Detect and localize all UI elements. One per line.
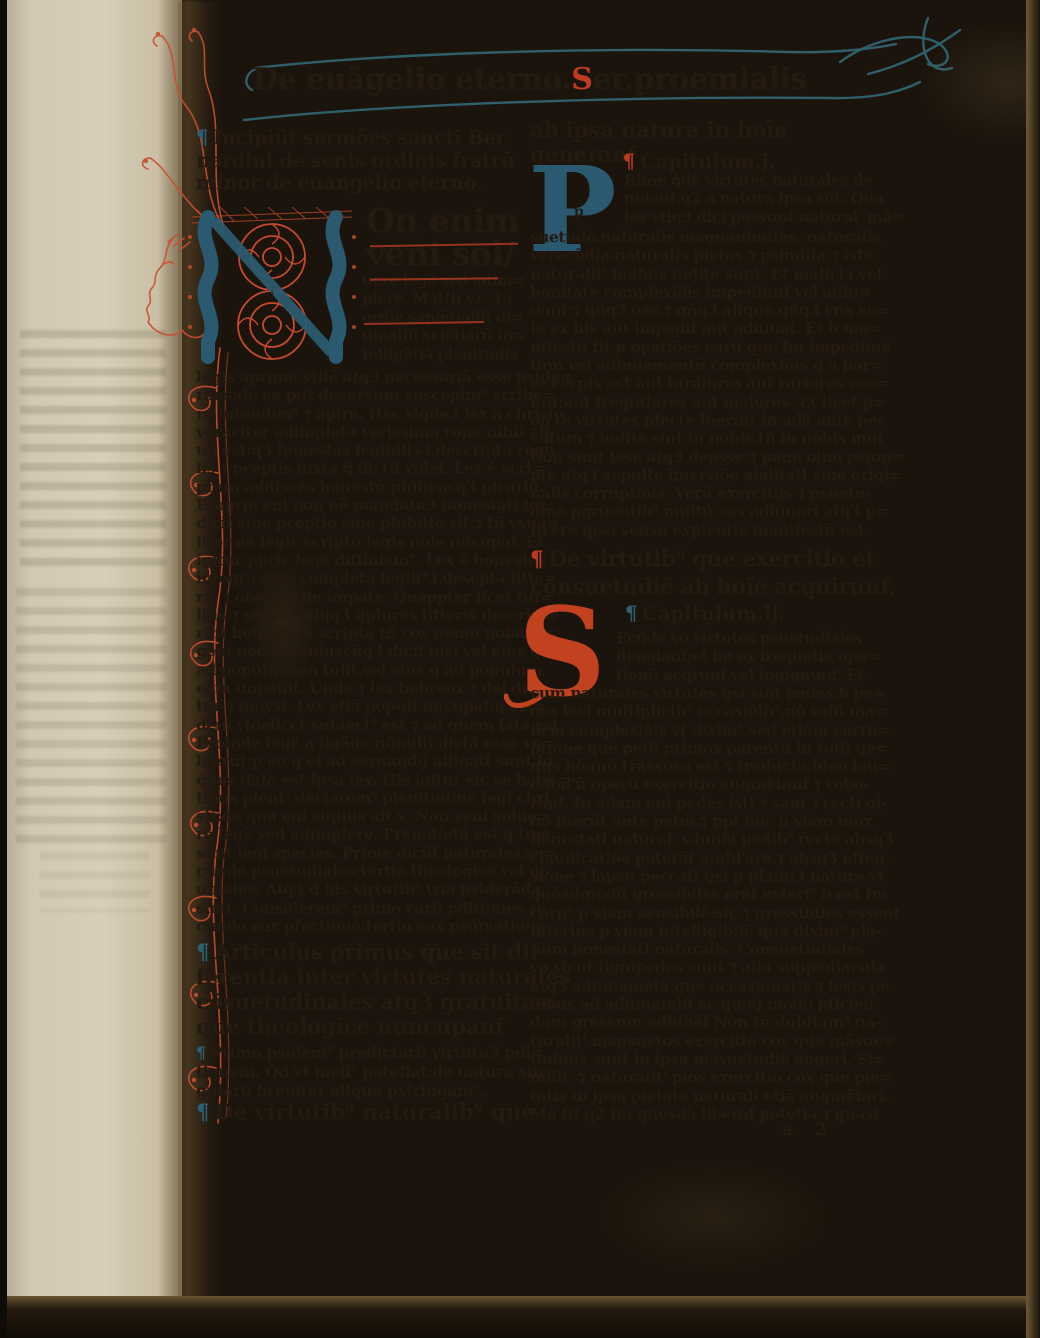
text-line: q́bus data est ipsa lex. His igitur sic … xyxy=(196,771,534,789)
text-line: re legẽ sed adimplere. Prenotãdũ est q t… xyxy=(196,825,534,843)
opening-wrap-text: uere legẽ sed adim=plere. Matth.v.c. Ino… xyxy=(362,271,532,363)
running-title: De euãgelio eterno.Ser.proemialis xyxy=(252,62,852,97)
photo-edge-bottom xyxy=(0,1296,1040,1338)
text-line: On enim xyxy=(366,204,538,237)
running-title-text: De euãgelio eterno. xyxy=(252,62,571,97)
text-line: ficere ipso sensu expientie manifestũ es… xyxy=(530,521,870,539)
text-line: veraciter adimpleta verissima rōne nihil… xyxy=(196,423,534,441)
paragraph-mark: ¶ xyxy=(196,1100,210,1126)
incipit: ¶Incipiũt sermões sancti Bernardini de s… xyxy=(196,127,534,195)
text-line: legis aprime vtilẽ atq3 necessariã esse … xyxy=(196,368,534,386)
text-line: dicte virtutes pfecte fuerint in adã ant… xyxy=(530,411,870,429)
text-line: ptione que petõ primox parentũ in totũ g… xyxy=(530,739,870,757)
text-line: ptum addiscēs honestũ phibensq3 ptrariũ. xyxy=(196,478,534,496)
text-line: dem videlicet subiect⁹ est ⁊ ad quem lat… xyxy=(196,716,534,734)
text-line: ¶Incipiũt sermões sancti Ber xyxy=(196,127,534,150)
text-line: Rime q́dẽ virtutes naturales de xyxy=(624,171,870,189)
text-line: atq3 adiuuamẽta:que occasionatis ⁊ lesis… xyxy=(530,977,870,995)
text-line: corp⁹ p viam sensibilẽ:sic ⁊ gressibiles… xyxy=(530,904,870,922)
text-line: bonitate complexiõis impediunf vel adiu= xyxy=(530,283,870,301)
text-line: lius ⁊ seneca alijq3 q̃plures litteris d… xyxy=(196,606,534,624)
chapter-1-wrap-text: Rime q́dẽ virtutes naturales denoianf:q2… xyxy=(624,171,870,226)
running-title-text: er.proemialis xyxy=(592,62,806,97)
decorated-initial-n: ii xyxy=(186,206,358,366)
text-line: plere. Matth.v.c. In xyxy=(362,289,532,307)
text-line: Proprie eni non oẽ mandatu3 honestatl le… xyxy=(196,496,534,514)
text-line: tur ⁊ moysi. Lex etiã populi nũcupaf:q e… xyxy=(196,697,534,715)
paragraph-mark: ¶ xyxy=(196,1043,206,1062)
text-line: ¶Primo psidem⁹ predictarũ virtutu3 pdi= xyxy=(196,1043,534,1062)
text-line: luerũt:p eo q ei ad seruandũ alligati su… xyxy=(196,752,534,770)
text-line: cum naturales virtutes q́si sint pedes.b… xyxy=(530,684,870,702)
text-line: unt:aut freq́ntiores aut maiores. Et lic… xyxy=(530,393,870,411)
quire-signature: a 2 xyxy=(782,1120,872,1140)
text-line: cunde psuetudiales:tertie theologice vel… xyxy=(196,862,534,880)
text-line: cundo eax pfectionẽ:tertio eax psũmation… xyxy=(196,917,534,935)
paragraph-mark: ¶ xyxy=(196,127,208,150)
book-photograph: De euãgelio eterno.Ser.proemialis xyxy=(0,0,1040,1338)
text-line: te corpis est aut tardiores aut rariores… xyxy=(530,374,870,392)
text-line: gularũ breuiter aliqua pstringam⁹. xyxy=(196,1081,534,1100)
text-line: ris ⁊ obseruãtie impate. Quappter licet … xyxy=(196,588,534,606)
text-line: rint honestatẽ.scripta tñ cox nemo noiat… xyxy=(196,624,534,642)
text-line: eam impauit. Unde ⁊ lex hebreox ⁊ dei di… xyxy=(196,679,534,697)
paragraph-mark: ¶ xyxy=(625,602,637,625)
text-line: Ecũde vo virtutes psuetudiales xyxy=(616,629,870,647)
chapter-1-body: suetudo.naturalis magnanimitas. naturali… xyxy=(530,228,870,539)
text-line: sunt legl species. Prime dicũf naturales… xyxy=(196,844,534,862)
articulus-heading: ¶Articulus primus que sit differentia in… xyxy=(196,940,538,1040)
text-line: nardini de senis ordinis fratrũ xyxy=(196,150,534,173)
text-line: interius p viam intelligibilẽ quã dixim⁹… xyxy=(530,922,870,940)
chapter-2-body: cum naturales virtutes q́si sint pedes.b… xyxy=(530,684,870,1123)
text-line: claudicatiõe poterãt ambl'are.⁊ absq3 of… xyxy=(530,849,870,867)
text-line: tibus pleni⁹ declarem⁹ plenitudinẽ legl … xyxy=(196,789,534,807)
text-line: uinaliũ sciẽtiarũ in= xyxy=(362,326,532,344)
paragraph-mark: ¶ xyxy=(623,150,635,173)
text-line: sunt. Considerem⁹ primo carũ pditiones.s… xyxy=(196,899,534,917)
initial-guide-letter: p xyxy=(574,204,584,220)
text-line: ud est:q̃3 honestas legibilis.i.descript… xyxy=(196,441,534,459)
text-line: dicif siue pceptio siue phibitio sit:⁊ t… xyxy=(196,514,534,532)
text-line: dine pgruentib⁹ multũ eas adiuuari atq3 … xyxy=(530,502,870,520)
articulus-intro: ¶Primo psidem⁹ predictarũ virtutu3 pdi=t… xyxy=(196,1043,534,1100)
text-line: tatis in ipsa pietate naturali etiã augm… xyxy=(530,1087,870,1105)
text-line: ¶De virtutib⁹ que exercitio et xyxy=(530,546,872,574)
text-line: des lesi multiplicib⁹ occasiõib⁹.nõ solũ… xyxy=(530,702,870,720)
opening-words: On enimveni sol/ xyxy=(366,204,538,270)
text-line: catum ⁊ indite sint in nobis.tñ in nobis… xyxy=(530,429,870,447)
text-line: uinales: Atq3 d his virtutib⁹ tria pside… xyxy=(196,880,534,898)
chapter-2-wrap-text: Ecũde vo virtutes psuetudialesdenoianf:e… xyxy=(616,629,870,684)
text-line: Proinde legẽ a ligãdo nõnulli dictã esse… xyxy=(196,734,534,752)
stain xyxy=(598,1162,828,1272)
text-line: tionem. Qd vt meli⁹ patefiat:de natura s… xyxy=(196,1062,534,1081)
paragraph-mark: ¶ xyxy=(530,546,543,574)
text-line: quẽadmodũ gressibiles erãt exteri⁹ b est… xyxy=(530,885,870,903)
text-line: uanf:⁊ qñq3 oẽs.⁊ qñq3 alique.qñq3 vna s… xyxy=(530,301,870,319)
text-line: les vtiq3 dici possunt natural' mã= xyxy=(624,208,870,226)
text-line: verecũdia.naturalis pietas ⁊ psimilia:⁊ … xyxy=(530,246,870,264)
text-line: nifestũ fit p opatiões earũ que fm imped… xyxy=(530,338,870,356)
text-line: lis ⁊ pceptis.iuxta q̄ dictũ videf. Lex … xyxy=(196,459,534,477)
text-line: minor de euangelio eterno. xyxy=(196,172,534,195)
text-line: sti:de qua eni supius ait.s. Non veni so… xyxy=(196,807,534,825)
text-line: tudinis sunt in ipsa mãsuetudiẽ augeri. … xyxy=(530,1050,870,1068)
text-line: liter oẽ legis scriptũ legis noie nũcupa… xyxy=(196,533,534,551)
text-line: vo sicut lignipedes sunt ⁊ alia suppedia… xyxy=(530,958,870,976)
text-line: ferentia inter virtutes naturales xyxy=(196,965,538,990)
text-line: integra siue completa legib⁹.i.descpta l… xyxy=(196,569,534,587)
text-line: noianf:q2 a natura ipsa sũt. Qua xyxy=(624,189,870,207)
text-line: ¶De virtutib⁹ naturalib⁹ que xyxy=(196,1100,538,1126)
text-line: honestatl natural'.s.hmõi pedib⁹ recte a… xyxy=(530,830,870,848)
text-line: igitur pprie legẽ diffiniam⁹. Lex ē hone… xyxy=(196,551,534,569)
left-closing-heading: ¶De virtutib⁹ naturalib⁹ que xyxy=(196,1100,538,1126)
paragraph-mark: ¶ xyxy=(196,940,209,965)
text-line: tum sunt lese atq3 depsse:⁊ pene oino ps… xyxy=(530,448,870,466)
text-line: no fuerũt ante petm̃.⁊ ppf hoc p viam mo… xyxy=(530,812,870,830)
text-line: ranf. In adam eni pedes isti ⁊ sani ⁊ re… xyxy=(530,794,870,812)
text-line: denoianf:et he ex frequẽtia opa= xyxy=(616,647,870,665)
text-line: ¶Articulus primus que sit dif xyxy=(196,940,538,965)
text-line: naturalit' hoibus indite sunt. Et malici… xyxy=(530,265,870,283)
text-line: turalit' mansuetos exercitio cox que mãs… xyxy=(530,1032,870,1050)
text-line: sione ⁊ lapsu peccati q́si p planu3 natu… xyxy=(530,867,870,885)
left-column-body: legis aprime vtilẽ atq3 necessariã esse … xyxy=(196,368,534,935)
text-line: tionũ acq́runf vel ingignunf. Et xyxy=(616,666,870,684)
text-line: la ex his aũt impedif aut adiuuaf. Et b … xyxy=(530,319,870,337)
text-line: cõsuetudinales atq3 gratuitas: xyxy=(196,990,538,1015)
initial-n-ornament-icon: ii xyxy=(186,206,358,366)
text-line: nus hũanũ trãssusa est ⁊ traducta:ideo l… xyxy=(530,757,870,775)
text-line: licia complexiõis vt dixim⁹.sed etiam co… xyxy=(530,721,870,739)
text-line: dabil'ũ operũ exercitio augmẽtanf ⁊ robo… xyxy=(530,775,870,793)
photo-edge-right xyxy=(1026,0,1040,1338)
initial-guide-letters: ii xyxy=(266,288,274,303)
text-line: suetudo.naturalis magnanimitas. naturali… xyxy=(530,228,870,246)
text-line: nalis corruptiõis. Verũ exercitijs ⁊ psu… xyxy=(530,484,870,502)
text-line: rans:de ea put desursum suscepim⁹ scribe… xyxy=(196,386,534,404)
text-line: dum gressum adhibẽf Non tñ dubitam⁹ na- xyxy=(530,1013,870,1031)
text-line: tum vel adiuuamentũ complexiõis q́ a par… xyxy=(530,356,870,374)
text-line: que theologice nuncupanf xyxy=(196,1015,538,1040)
running-title-red-initial: S xyxy=(571,62,592,97)
text-line: gem.nec lex cuiuscũq3 dicif.nisi vel eiu… xyxy=(196,642,534,660)
photo-edge-left xyxy=(0,0,7,1338)
text-line: milit' ⁊ naturalit' pios exercitio cox q… xyxy=(530,1068,870,1086)
text-line: ad populũ eam tulit.vel eius q́ ad popul… xyxy=(196,661,534,679)
text-line: dibus ad adiuuandũ ac quoq́ modo pficien xyxy=(530,995,870,1013)
text-line: telligẽtiã plenitudis xyxy=(362,345,532,363)
text-line: num honestatl naturalis. Consuetudiales xyxy=(530,940,870,958)
text-line: re intendim⁹ ⁊ apire. Hec siq́de3 lex a … xyxy=(196,405,534,423)
text-line: pte atq3 sepulte imersiõe aialitatl siue… xyxy=(530,466,870,484)
